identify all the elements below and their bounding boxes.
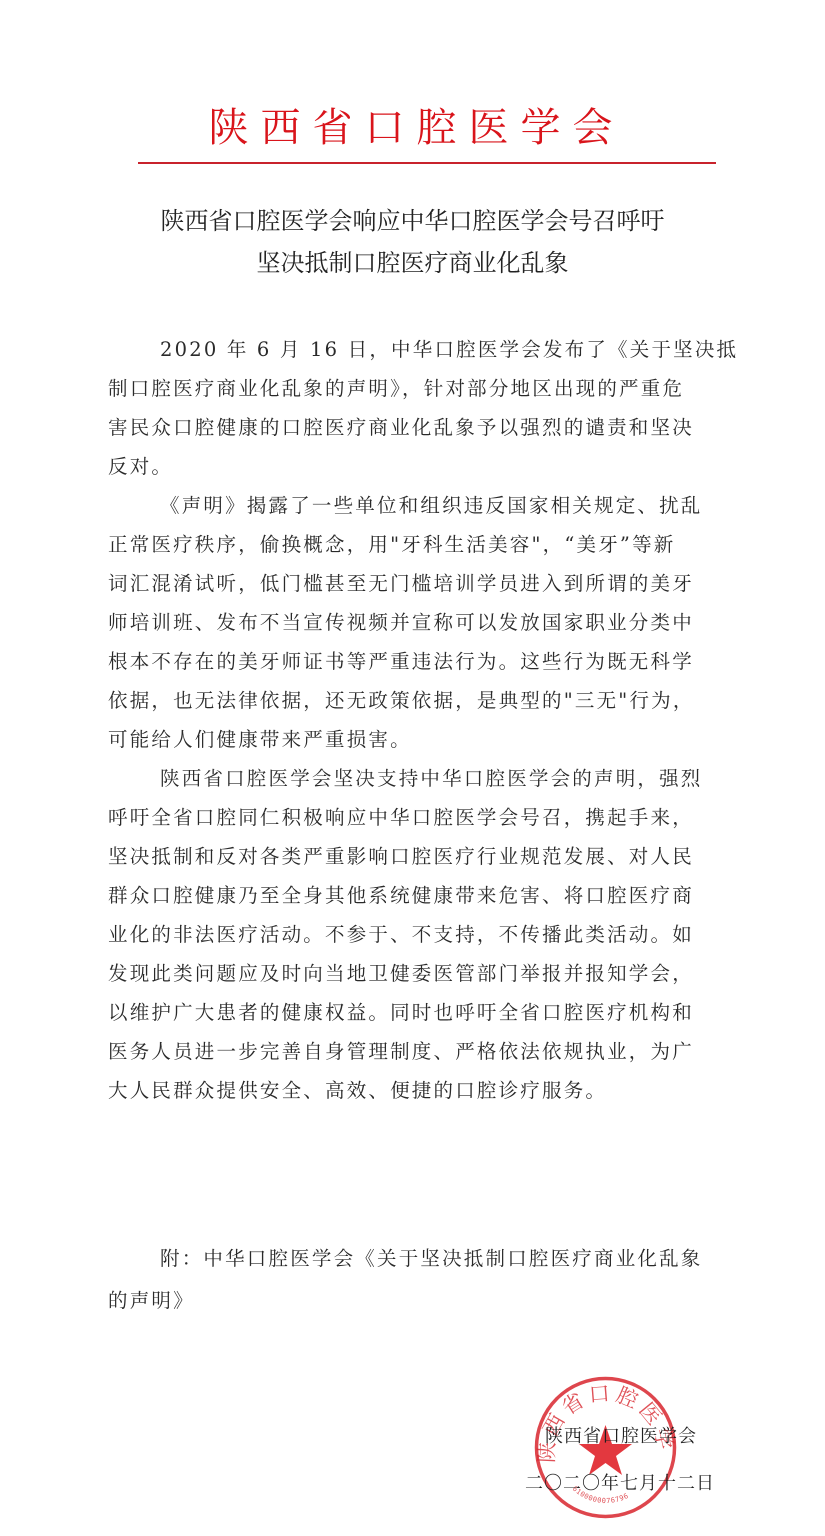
text-line: 根本不存在的美牙师证书等严重违法行为。这些行为既无科学 <box>108 642 718 681</box>
text-line: 呼吁全省口腔同仁积极响应中华口腔医学会号召，携起手来， <box>108 798 718 837</box>
text-line: 陕西省口腔医学会坚决支持中华口腔医学会的声明，强烈 <box>108 759 718 798</box>
text-line: 词汇混淆试听，低门槛甚至无门槛培训学员进入到所谓的美牙 <box>108 564 718 603</box>
letterhead-divider <box>138 162 716 164</box>
text-line: 附：中华口腔医学会《关于坚决抵制口腔医疗商业化乱象 <box>108 1238 718 1280</box>
text-line: 医务人员进一步完善自身管理制度、严格依法依规执业，为广 <box>108 1032 718 1071</box>
text-line: 业化的非法医疗活动。不参于、不支持，不传播此类活动。如 <box>108 915 718 954</box>
text-line: 2020 年 6 月 16 日，中华口腔医学会发布了《关于坚决抵 <box>108 330 718 369</box>
text-line: 坚决抵制和反对各类严重影响口腔医疗行业规范发展、对人民 <box>108 837 718 876</box>
text-line: 正常医疗秩序，偷换概念，用"牙科生活美容"，“美牙”等新 <box>108 525 718 564</box>
title-line: 陕西省口腔医学会响应中华口腔医学会号召呼吁 <box>0 200 825 242</box>
text-line: 大人民群众提供安全、高效、便捷的口腔诊疗服务。 <box>108 1071 718 1110</box>
attachment-note: 附：中华口腔医学会《关于坚决抵制口腔医疗商业化乱象 的声明》 <box>108 1238 718 1322</box>
letterhead-organization: 陕西省口腔医学会 <box>0 100 825 156</box>
text-line: 以维护广大患者的健康权益。同时也呼吁全省口腔医疗机构和 <box>108 993 718 1032</box>
signature-block: 陕西省口腔医学会 二〇二〇年七月十二日 <box>500 1413 715 1507</box>
text-line: 制口腔医疗商业化乱象的声明》，针对部分地区出现的严重危 <box>108 369 718 408</box>
text-line: 反对。 <box>108 447 718 486</box>
signature-date: 二〇二〇年七月十二日 <box>500 1460 715 1507</box>
text-line: 依据，也无法律依据，还无政策依据，是典型的"三无"行为， <box>108 681 718 720</box>
title-line: 坚决抵制口腔医疗商业化乱象 <box>0 242 825 284</box>
text-line: 《声明》揭露了一些单位和组织违反国家相关规定、扰乱 <box>108 486 718 525</box>
document-body: 2020 年 6 月 16 日，中华口腔医学会发布了《关于坚决抵 制口腔医疗商业… <box>108 330 718 1110</box>
text-line: 害民众口腔健康的口腔医疗商业化乱象予以强烈的谴责和坚决 <box>108 408 718 447</box>
paragraph-2: 《声明》揭露了一些单位和组织违反国家相关规定、扰乱 正常医疗秩序，偷换概念，用"… <box>108 486 718 759</box>
paragraph-3: 陕西省口腔医学会坚决支持中华口腔医学会的声明，强烈 呼吁全省口腔同仁积极响应中华… <box>108 759 718 1110</box>
text-line: 的声明》 <box>108 1280 718 1322</box>
signature-organization: 陕西省口腔医学会 <box>500 1413 715 1460</box>
paragraph-1: 2020 年 6 月 16 日，中华口腔医学会发布了《关于坚决抵 制口腔医疗商业… <box>108 330 718 486</box>
text-line: 发现此类问题应及时向当地卫健委医管部门举报并报知学会， <box>108 954 718 993</box>
text-line: 群众口腔健康乃至全身其他系统健康带来危害、将口腔医疗商 <box>108 876 718 915</box>
text-line: 师培训班、发布不当宣传视频并宣称可以发放国家职业分类中 <box>108 603 718 642</box>
text-line: 可能给人们健康带来严重损害。 <box>108 720 718 759</box>
document-title: 陕西省口腔医学会响应中华口腔医学会号召呼吁 坚决抵制口腔医疗商业化乱象 <box>0 200 825 284</box>
